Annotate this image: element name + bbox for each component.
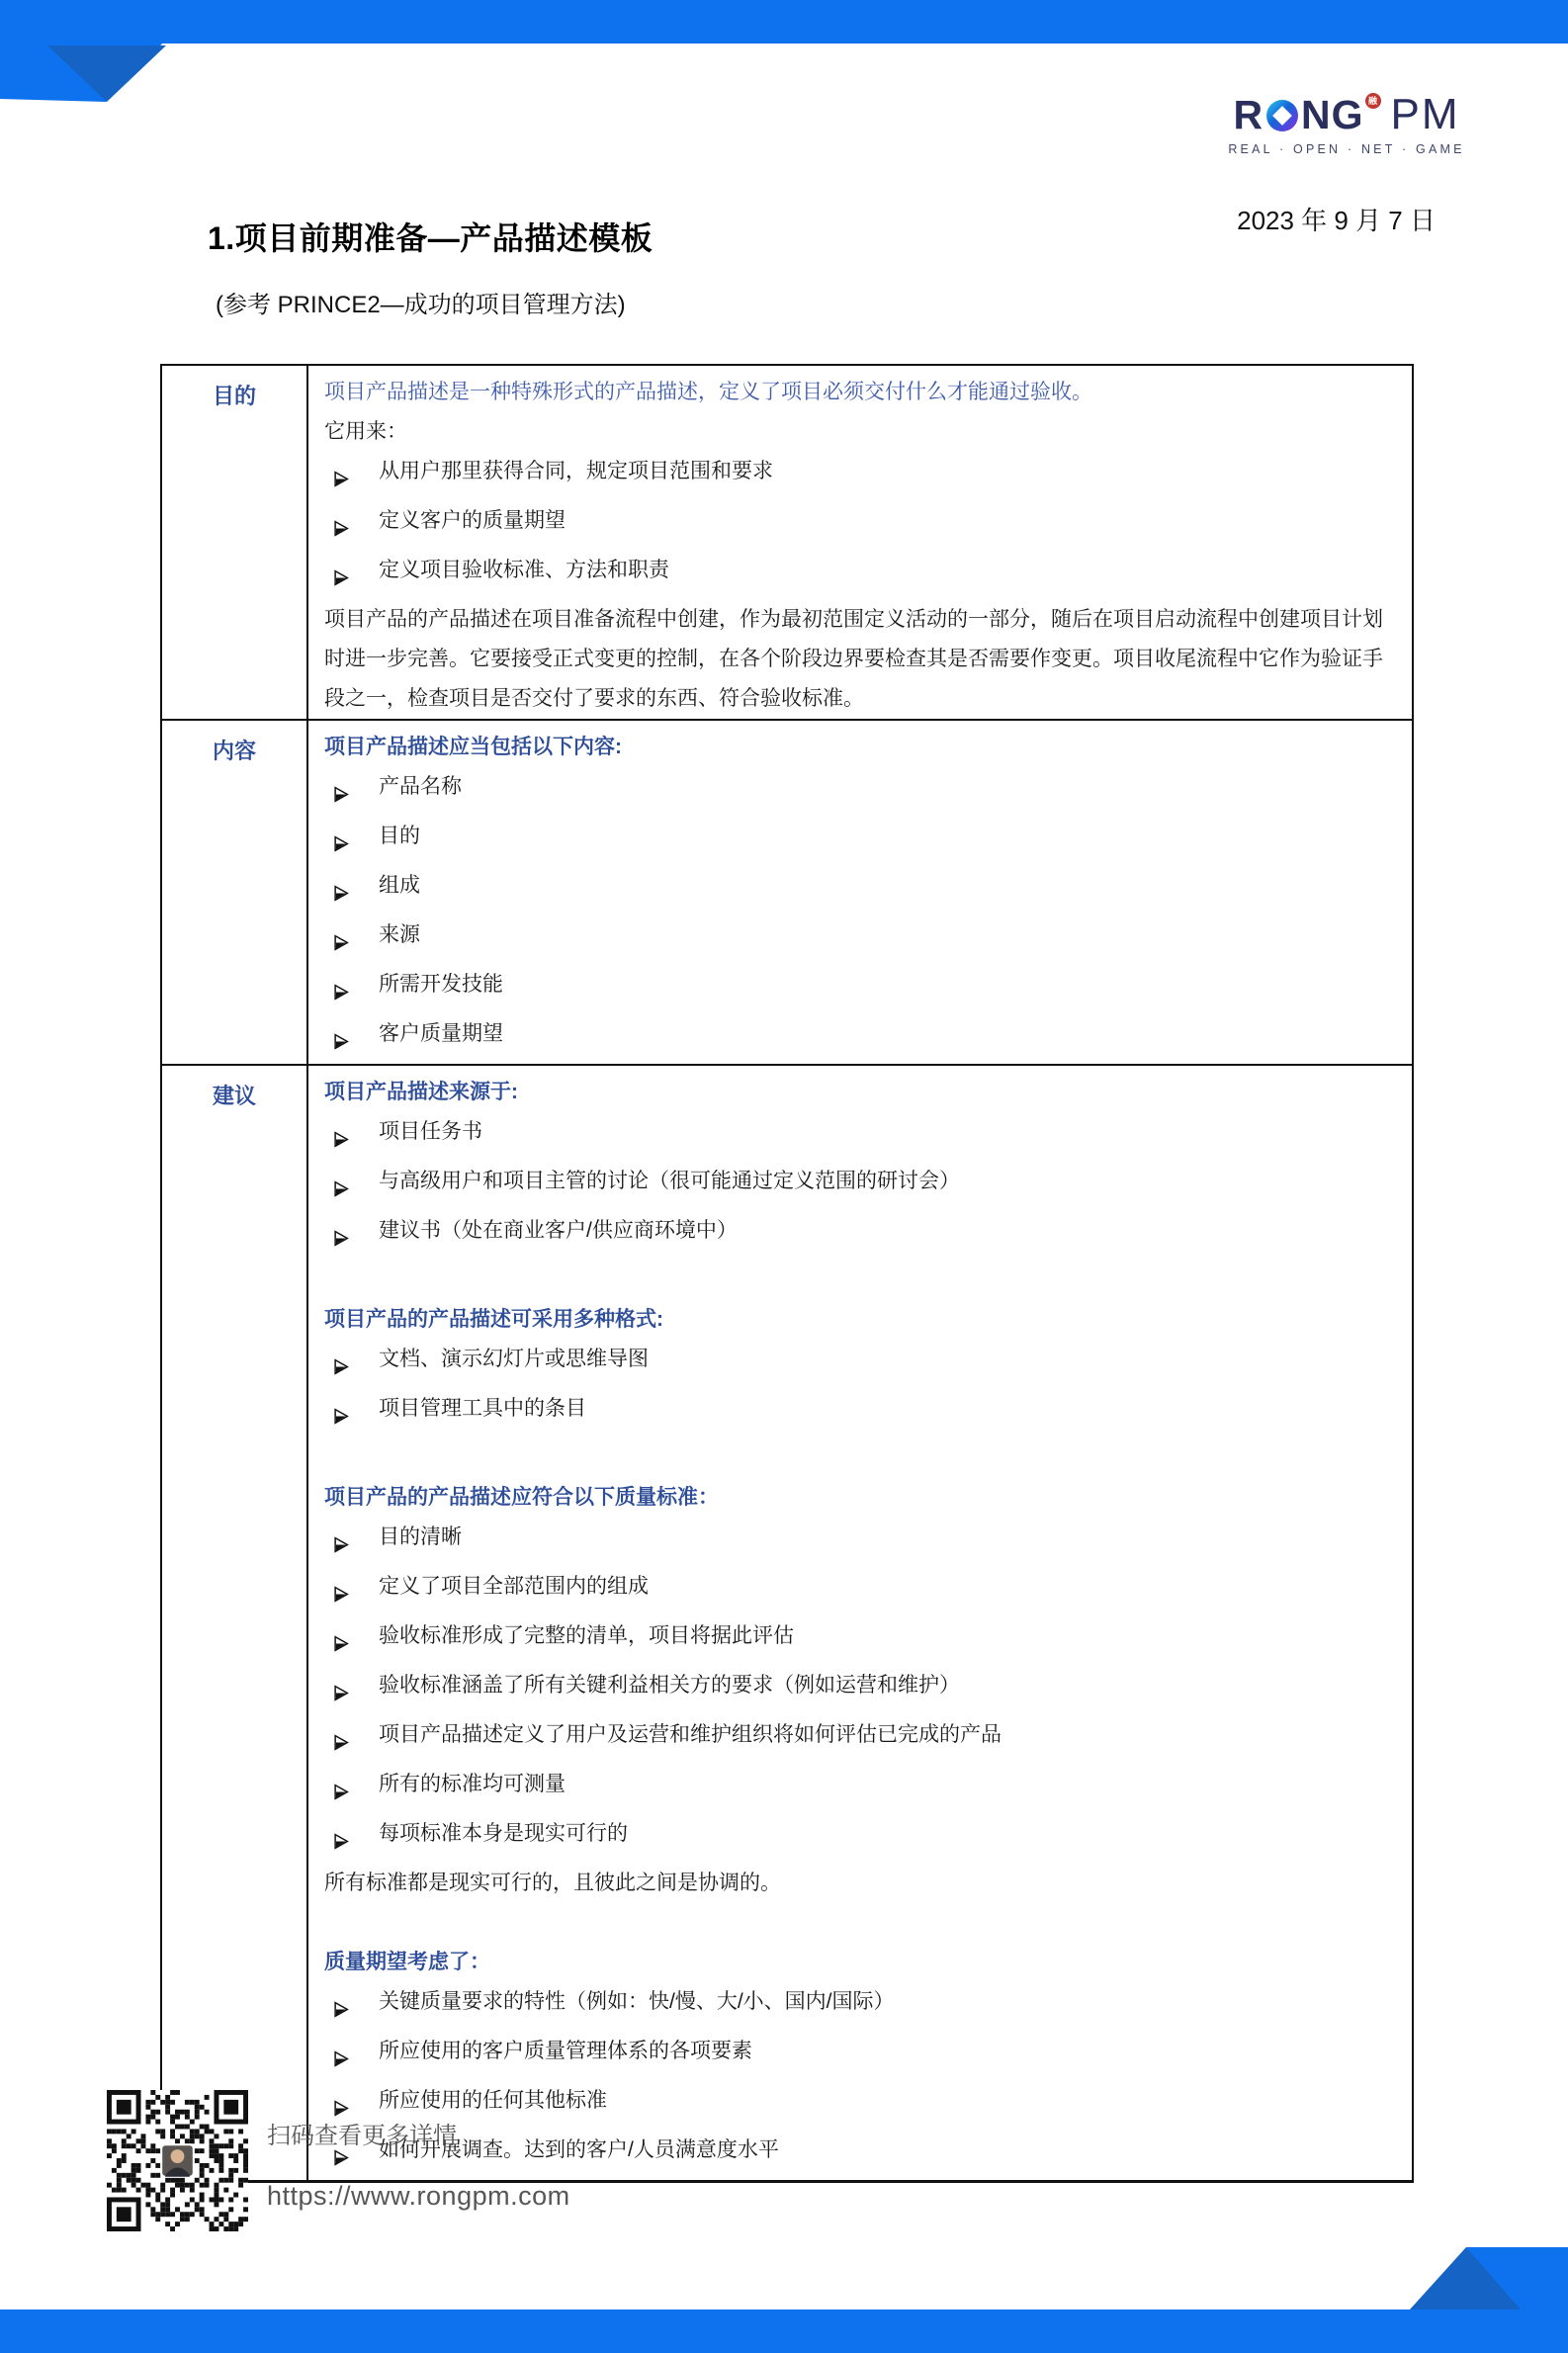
arrow-bullet-icon (333, 2100, 350, 2117)
arrow-bullet-icon (333, 786, 350, 803)
logo-badge-icon: 融 (1365, 93, 1381, 109)
arrow-bullet-icon-wrap (333, 1221, 350, 1261)
bullet-text: 所有的标准均可测量 (379, 1765, 566, 1804)
bullet-item: 项目任务书 (324, 1112, 1398, 1162)
bullet-text: 验收标准形成了完整的清单，项目将据此评估 (379, 1616, 794, 1656)
bullet-item: 如何开展调查。达到的客户/人员满意度水平 (324, 2131, 1398, 2180)
section-heading: 项目产品描述来源于: (324, 1073, 1398, 1112)
paragraph-line: 项目产品的产品描述在项目准备流程中创建，作为最初范围定义活动的一部分，随后在项目… (324, 600, 1398, 719)
document-date: 2023 年 9 月 7 日 (1237, 201, 1436, 237)
arrow-bullet-icon (333, 1685, 350, 1701)
bullet-text: 与高级用户和项目主管的讨论（很可能通过定义范围的研讨会） (379, 1162, 960, 1201)
bullet-text: 定义项目验收标准、方法和职责 (379, 551, 669, 590)
arrow-bullet-icon (333, 2001, 350, 2018)
arrow-bullet-icon-wrap (333, 1992, 350, 2032)
bullet-text: 文档、演示幻灯片或思维导图 (379, 1340, 649, 1379)
bullet-item: 所应使用的客户质量管理体系的各项要素 (324, 2032, 1398, 2081)
bullet-text: 产品名称 (379, 767, 462, 807)
bullet-text: 定义客户的质量期望 (379, 501, 566, 541)
bullet-item: 从用户那里获得合同，规定项目范围和要求 (324, 452, 1398, 501)
bullet-item: 目的清晰 (324, 1518, 1398, 1567)
arrow-bullet-icon-wrap (333, 462, 350, 501)
bullet-item: 组成 (324, 866, 1398, 915)
arrow-bullet-icon (333, 1734, 350, 1751)
bullet-text: 所应使用的任何其他标准 (379, 2081, 607, 2121)
section-heading: 项目产品的产品描述可采用多种格式: (324, 1300, 1398, 1340)
bullet-item: 每项标准本身是现实可行的 (324, 1814, 1398, 1864)
arrow-bullet-icon-wrap (333, 1527, 350, 1567)
section-heading: 项目产品的产品描述应符合以下质量标准： (324, 1478, 1398, 1518)
bullet-text: 每项标准本身是现实可行的 (379, 1814, 628, 1854)
bullet-item: 与高级用户和项目主管的讨论（很可能通过定义范围的研讨会） (324, 1162, 1398, 1211)
bullet-text: 来源 (379, 915, 420, 955)
arrow-bullet-icon (333, 2149, 350, 2166)
paragraph-line: 项目产品描述是一种特殊形式的产品描述，定义了项目必须交付什么才能通过验收。 (324, 373, 1398, 412)
bullet-item: 客户质量期望 (324, 1014, 1398, 1064)
arrow-bullet-icon (333, 1180, 350, 1197)
arrow-bullet-icon (333, 1536, 350, 1553)
logo-word-end: NG (1301, 95, 1364, 134)
page-title: 1.项目前期准备—产品描述模板 (208, 214, 653, 259)
bullet-text: 组成 (379, 866, 420, 906)
logo-word-start: R (1233, 95, 1263, 134)
arrow-bullet-icon-wrap (333, 2042, 350, 2081)
blank-line (324, 1903, 1398, 1943)
row-label: 内容 (162, 721, 308, 1064)
footer-url: https://www.rongpm.com (267, 2181, 570, 2212)
bullet-item: 来源 (324, 915, 1398, 965)
bullet-item: 产品名称 (324, 767, 1398, 817)
arrow-bullet-icon (333, 885, 350, 902)
arrow-bullet-icon (333, 1131, 350, 1148)
arrow-bullet-icon-wrap (333, 561, 350, 600)
bullet-item: 验收标准形成了完整的清单，项目将据此评估 (324, 1616, 1398, 1666)
bullet-text: 建议书（处在商业客户/供应商环境中） (379, 1211, 738, 1251)
arrow-bullet-icon-wrap (333, 925, 350, 965)
bullet-text: 项目产品描述定义了用户及运营和维护组织将如何评估已完成的产品 (379, 1715, 1002, 1755)
bullet-item: 定义项目验收标准、方法和职责 (324, 551, 1398, 600)
arrow-bullet-icon (333, 1586, 350, 1603)
arrow-bullet-icon (333, 1833, 350, 1850)
arrow-bullet-icon-wrap (333, 1172, 350, 1211)
table-row-content: 内容项目产品描述应当包括以下内容:产品名称目的组成来源所需开发技能客户质量期望 (162, 719, 1412, 1064)
bullet-item: 项目产品描述定义了用户及运营和维护组织将如何评估已完成的产品 (324, 1715, 1398, 1765)
arrow-bullet-icon-wrap (333, 876, 350, 915)
logo-o-ring-icon (1264, 97, 1300, 132)
footer-scan-hint: 扫码查看更多详情 (267, 2116, 457, 2150)
arrow-bullet-icon (333, 835, 350, 852)
arrow-bullet-icon (333, 520, 350, 537)
bullet-text: 目的清晰 (379, 1518, 462, 1557)
bullet-item: 目的 (324, 817, 1398, 866)
page-subtitle: (参考 PRINCE2—成功的项目管理方法) (216, 285, 626, 319)
bullet-item: 文档、演示幻灯片或思维导图 (324, 1340, 1398, 1389)
arrow-bullet-icon (333, 1784, 350, 1800)
bullet-text: 项目任务书 (379, 1112, 482, 1152)
bullet-item: 所应使用的任何其他标准 (324, 2081, 1398, 2131)
bullet-item: 定义客户的质量期望 (324, 501, 1398, 551)
bullet-text: 定义了项目全部范围内的组成 (379, 1567, 649, 1607)
logo-tagline: REAL · OPEN · NET · GAME (1218, 142, 1475, 156)
arrow-bullet-icon-wrap (333, 511, 350, 551)
bullet-text: 项目管理工具中的条目 (379, 1389, 586, 1429)
arrow-bullet-icon-wrap (333, 1350, 350, 1389)
arrow-bullet-icon-wrap (333, 777, 350, 817)
arrow-bullet-icon-wrap (333, 975, 350, 1014)
row-content-cell: 项目产品描述来源于:项目任务书与高级用户和项目主管的讨论（很可能通过定义范围的研… (308, 1066, 1412, 2180)
arrow-bullet-icon-wrap (333, 1725, 350, 1765)
arrow-bullet-icon (333, 2050, 350, 2067)
paragraph-line: 所有标准都是现实可行的，且彼此之间是协调的。 (324, 1864, 1398, 1903)
qr-code (107, 2090, 248, 2231)
arrow-bullet-icon-wrap (333, 1676, 350, 1715)
bullet-item: 建议书（处在商业客户/供应商环境中） (324, 1211, 1398, 1261)
arrow-bullet-icon-wrap (333, 1824, 350, 1864)
arrow-bullet-icon-wrap (333, 1775, 350, 1814)
table-row-advice: 建议项目产品描述来源于:项目任务书与高级用户和项目主管的讨论（很可能通过定义范围… (162, 1064, 1412, 2180)
arrow-bullet-icon (333, 1033, 350, 1050)
bullet-item: 验收标准涵盖了所有关键利益相关方的要求（例如运营和维护） (324, 1666, 1398, 1715)
bullet-text: 客户质量期望 (379, 1014, 503, 1054)
row-content-cell: 项目产品描述是一种特殊形式的产品描述，定义了项目必须交付什么才能通过验收。它用来… (308, 366, 1412, 719)
arrow-bullet-icon (333, 984, 350, 1001)
bullet-item: 所有的标准均可测量 (324, 1765, 1398, 1814)
bullet-text: 目的 (379, 817, 420, 856)
arrow-bullet-icon-wrap (333, 1399, 350, 1438)
bullet-text: 所需开发技能 (379, 965, 503, 1004)
arrow-bullet-icon-wrap (333, 1024, 350, 1064)
row-label: 建议 (162, 1066, 308, 2180)
row-label: 目的 (162, 366, 308, 719)
bullet-text: 从用户那里获得合同，规定项目范围和要求 (379, 452, 773, 491)
arrow-bullet-icon (333, 1230, 350, 1247)
rongpm-logo: R NG 融 PM REAL · OPEN · NET · GAME (1218, 95, 1475, 156)
arrow-bullet-icon-wrap (333, 1626, 350, 1666)
logo-suffix: PM (1391, 95, 1460, 134)
arrow-bullet-icon (333, 471, 350, 487)
table-row-purpose: 目的项目产品描述是一种特殊形式的产品描述，定义了项目必须交付什么才能通过验收。它… (162, 366, 1412, 719)
arrow-bullet-icon (333, 1358, 350, 1375)
bullet-item: 关键质量要求的特性（例如：快/慢、大/小、国内/国际） (324, 1982, 1398, 2032)
arrow-bullet-icon-wrap (333, 1122, 350, 1162)
bullet-item: 所需开发技能 (324, 965, 1398, 1014)
arrow-bullet-icon-wrap (333, 1577, 350, 1616)
bullet-text: 关键质量要求的特性（例如：快/慢、大/小、国内/国际） (379, 1982, 895, 2022)
paragraph-line: 它用来： (324, 412, 1398, 452)
bottom-banner-graphic (0, 2244, 1568, 2353)
arrow-bullet-icon (333, 1408, 350, 1425)
bullet-item: 定义了项目全部范围内的组成 (324, 1567, 1398, 1616)
bullet-text: 验收标准涵盖了所有关键利益相关方的要求（例如运营和维护） (379, 1666, 960, 1705)
arrow-bullet-icon-wrap (333, 827, 350, 866)
row-content-cell: 项目产品描述应当包括以下内容:产品名称目的组成来源所需开发技能客户质量期望 (308, 721, 1412, 1064)
section-heading: 质量期望考虑了： (324, 1943, 1398, 1982)
blank-line (324, 1261, 1398, 1300)
arrow-bullet-icon (333, 1635, 350, 1652)
bullet-text: 所应使用的客户质量管理体系的各项要素 (379, 2032, 752, 2071)
arrow-bullet-icon (333, 934, 350, 951)
arrow-bullet-icon (333, 569, 350, 586)
product-description-table: 目的项目产品描述是一种特殊形式的产品描述，定义了项目必须交付什么才能通过验收。它… (160, 364, 1414, 2183)
blank-line (324, 1438, 1398, 1478)
section-heading: 项目产品描述应当包括以下内容: (324, 728, 1398, 767)
bullet-item: 项目管理工具中的条目 (324, 1389, 1398, 1438)
